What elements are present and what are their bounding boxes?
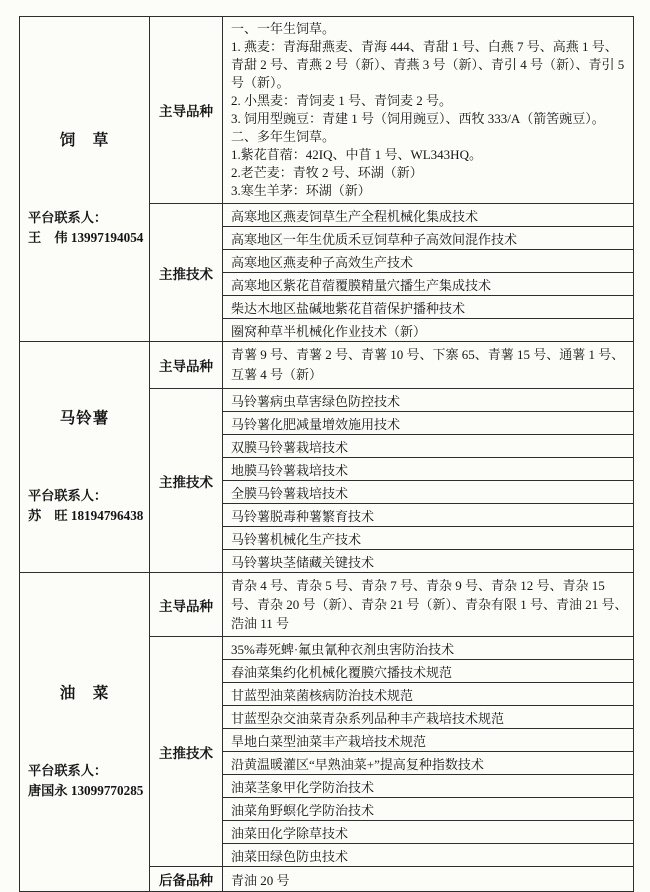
row-label-main-technologies: 主推技术 xyxy=(150,637,223,867)
contact-person: 苏 旺 18194796438 xyxy=(28,506,144,526)
table-row: 马铃薯 平台联系人： 苏 旺 18194796438 主导品种 青薯 9 号、青… xyxy=(20,342,634,389)
lead-varieties-cell: 青杂 4 号、青杂 5 号、青杂 7 号、青杂 9 号、青杂 12 号、青杂 1… xyxy=(223,573,634,637)
contact-info: 平台联系人： 王 伟 13997194054 xyxy=(25,208,144,248)
lead-varieties-cell: 青薯 9 号、青薯 2 号、青薯 10 号、下寨 65、青薯 15 号、通薯 1… xyxy=(223,342,634,389)
row-label-lead-varieties: 主导品种 xyxy=(150,342,223,389)
row-label-main-technologies: 主推技术 xyxy=(150,389,223,573)
technology-item: 马铃薯块茎储藏关键技术 xyxy=(223,550,634,573)
table-row: 饲 草 平台联系人： 王 伟 13997194054 主导品种 一、一年生饲草。… xyxy=(20,17,634,204)
row-label-main-technologies: 主推技术 xyxy=(150,204,223,342)
technology-item: 马铃薯机械化生产技术 xyxy=(223,527,634,550)
technology-item: 高寒地区一年生优质禾豆饲草种子高效间混作技术 xyxy=(223,227,634,250)
technology-item: 全膜马铃薯栽培技术 xyxy=(223,481,634,504)
technology-item: 双膜马铃薯栽培技术 xyxy=(223,435,634,458)
lead-line: 3. 饲用型豌豆：青建 1 号（饲用豌豆）、西牧 333/A（箭筈豌豆）。 xyxy=(231,110,629,128)
lead-line: 3.寒生羊茅：环湖（新） xyxy=(231,182,629,200)
technology-item: 沿黄温暖灌区“早熟油菜+”提高复种指数技术 xyxy=(223,752,634,775)
technology-item: 甘蓝型油菜菌核病防治技术规范 xyxy=(223,683,634,706)
crop-name: 饲 草 xyxy=(25,128,144,150)
contact-person: 唐国永 13099770285 xyxy=(28,781,144,801)
document-page: 饲 草 平台联系人： 王 伟 13997194054 主导品种 一、一年生饲草。… xyxy=(0,0,650,892)
lead-varieties-cell: 一、一年生饲草。 1. 燕麦：青海甜燕麦、青海 444、青甜 1 号、白燕 7 … xyxy=(223,17,634,204)
technology-item: 春油菜集约化机械化覆膜穴播技术规范 xyxy=(223,660,634,683)
reserve-variety-cell: 青油 20 号 xyxy=(223,867,634,892)
technology-item: 旱地白菜型油菜丰产栽培技术规范 xyxy=(223,729,634,752)
technology-item: 马铃薯化肥减量增效施用技术 xyxy=(223,412,634,435)
lead-line: 二、多年生饲草。 xyxy=(231,128,629,146)
crop-cell-potato: 马铃薯 平台联系人： 苏 旺 18194796438 xyxy=(20,342,150,573)
crop-name: 油 菜 xyxy=(25,681,144,703)
contact-info: 平台联系人： 唐国永 13099770285 xyxy=(25,761,144,801)
contact-info: 平台联系人： 苏 旺 18194796438 xyxy=(25,486,144,526)
contact-person: 王 伟 13997194054 xyxy=(28,228,144,248)
technology-item: 高寒地区紫花苜蓿覆膜精量穴播生产集成技术 xyxy=(223,273,634,296)
technology-item: 高寒地区燕麦饲草生产全程机械化集成技术 xyxy=(223,204,634,227)
table-row: 油 菜 平台联系人： 唐国永 13099770285 主导品种 青杂 4 号、青… xyxy=(20,573,634,637)
crop-cell-forage: 饲 草 平台联系人： 王 伟 13997194054 xyxy=(20,17,150,342)
technology-item: 油菜田绿色防虫技术 xyxy=(223,844,634,867)
crop-cell-rapeseed: 油 菜 平台联系人： 唐国永 13099770285 xyxy=(20,573,150,892)
technology-item: 高寒地区燕麦种子高效生产技术 xyxy=(223,250,634,273)
crop-recommendation-table: 饲 草 平台联系人： 王 伟 13997194054 主导品种 一、一年生饲草。… xyxy=(19,16,634,892)
row-label-reserve-varieties: 后备品种 xyxy=(150,867,223,892)
row-label-lead-varieties: 主导品种 xyxy=(150,573,223,637)
lead-line: 一、一年生饲草。 xyxy=(231,20,629,38)
technology-item: 油菜角野螟化学防治技术 xyxy=(223,798,634,821)
contact-label: 平台联系人： xyxy=(28,208,144,228)
contact-label: 平台联系人： xyxy=(28,486,144,506)
technology-item: 柴达木地区盐碱地紫花苜蓿保护播种技术 xyxy=(223,296,634,319)
technology-item: 油菜茎象甲化学防治技术 xyxy=(223,775,634,798)
lead-line: 1.紫花苜蓿：42IQ、中苜 1 号、WL343HQ。 xyxy=(231,146,629,164)
technology-item: 圈窝种草半机械化作业技术（新） xyxy=(223,319,634,342)
lead-line: 1. 燕麦：青海甜燕麦、青海 444、青甜 1 号、白燕 7 号、高燕 1 号、… xyxy=(231,38,629,92)
technology-item: 35%毒死蜱·氟虫氰种衣剂虫害防治技术 xyxy=(223,637,634,660)
technology-item: 甘蓝型杂交油菜青杂系列品种丰产栽培技术规范 xyxy=(223,706,634,729)
technology-item: 油菜田化学除草技术 xyxy=(223,821,634,844)
technology-item: 马铃薯病虫草害绿色防控技术 xyxy=(223,389,634,412)
row-label-lead-varieties: 主导品种 xyxy=(150,17,223,204)
technology-item: 马铃薯脱毒种薯繁育技术 xyxy=(223,504,634,527)
technology-item: 地膜马铃薯栽培技术 xyxy=(223,458,634,481)
contact-label: 平台联系人： xyxy=(28,761,144,781)
lead-line: 2. 小黑麦：青饲麦 1 号、青饲麦 2 号。 xyxy=(231,92,629,110)
lead-line: 2.老芒麦：青牧 2 号、环湖（新） xyxy=(231,164,629,182)
crop-name: 马铃薯 xyxy=(25,406,144,428)
